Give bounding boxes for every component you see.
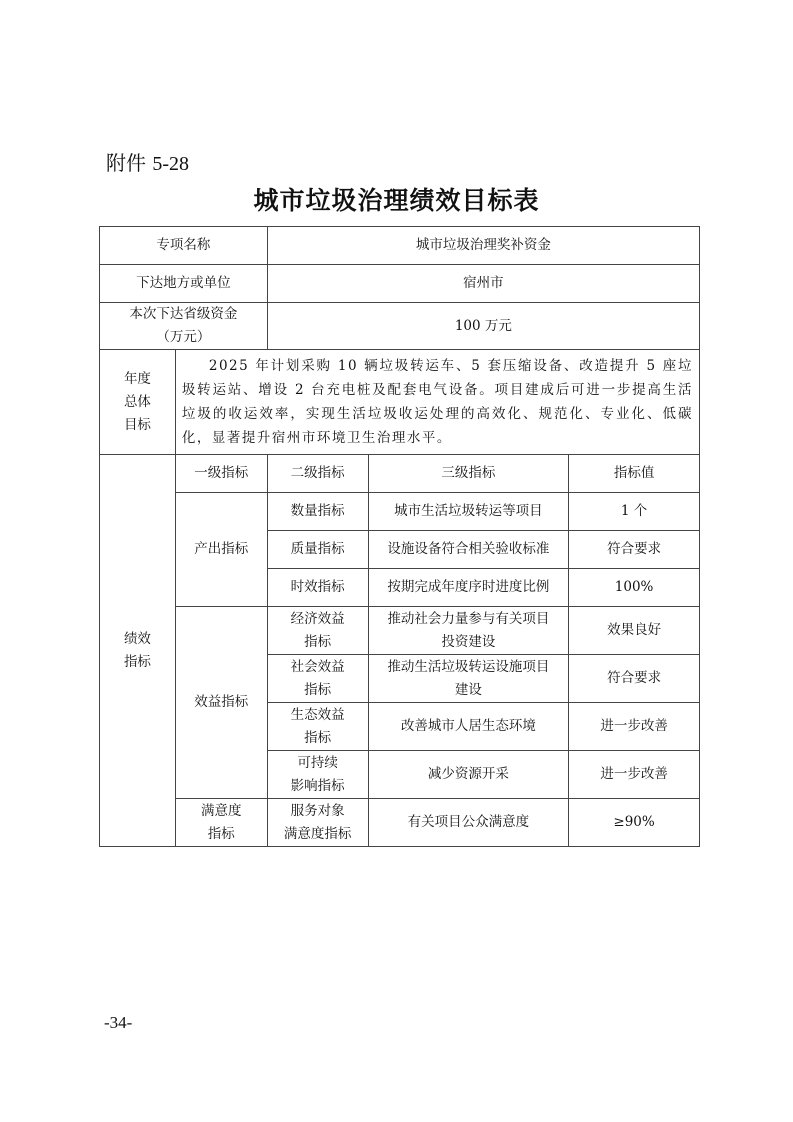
label-line: （万元）	[104, 326, 263, 349]
cell-line: 满意度	[180, 800, 263, 823]
level2-cell: 经济效益指标	[267, 607, 368, 655]
label-cell: 专项名称	[100, 227, 268, 265]
level3-cell: 减少资源开采	[368, 751, 569, 799]
column-header: 二级指标	[267, 455, 368, 493]
level3-cell: 按期完成年度序时进度比例	[368, 569, 569, 607]
cell-line: 推动社会力量参与有关项目	[373, 608, 565, 631]
table-row: 专项名称 城市垃圾治理奖补资金	[100, 227, 700, 265]
annual-goal-label: 年度总体目标	[100, 350, 176, 455]
value-cell: 宿州市	[267, 265, 699, 303]
table-row: 产出指标 数量指标 城市生活垃圾转运等项目 1 个	[100, 493, 700, 531]
label-line: 目标	[104, 414, 171, 437]
level3-cell: 有关项目公众满意度	[368, 799, 569, 847]
level1-cell: 满意度指标	[175, 799, 267, 847]
level2-cell: 时效指标	[267, 569, 368, 607]
level2-cell: 生态效益指标	[267, 703, 368, 751]
table-row: 下达地方或单位 宿州市	[100, 265, 700, 303]
level3-cell: 推动社会力量参与有关项目投资建设	[368, 607, 569, 655]
value-cell: 1 个	[569, 493, 700, 531]
cell-line: 服务对象	[272, 800, 364, 823]
cell-line: 投资建设	[373, 631, 565, 654]
table-header-row: 绩效指标 一级指标 二级指标 三级指标 指标值	[100, 455, 700, 493]
label-line: 年度	[104, 368, 171, 391]
level1-cell: 效益指标	[175, 607, 267, 799]
level2-cell: 质量指标	[267, 531, 368, 569]
cell-line: 生态效益	[272, 704, 364, 727]
value-cell: ≥90%	[569, 799, 700, 847]
attachment-label: 附件 5-28	[106, 147, 189, 176]
level1-cell: 产出指标	[175, 493, 267, 607]
table-row: 效益指标 经济效益指标 推动社会力量参与有关项目投资建设 效果良好	[100, 607, 700, 655]
column-header: 一级指标	[175, 455, 267, 493]
cell-line: 指标	[272, 679, 364, 702]
cell-line: 满意度指标	[272, 823, 364, 846]
attachment-number: 5-28	[152, 153, 189, 175]
label-cell: 下达地方或单位	[100, 265, 268, 303]
cell-line: 社会效益	[272, 656, 364, 679]
attachment-prefix: 附件	[106, 151, 146, 175]
annual-goal-text: 2025 年计划采购 10 辆垃圾转运车、5 套压缩设备、改造提升 5 座垃圾转…	[175, 350, 699, 455]
cell-line: 可持续	[272, 752, 364, 775]
value-cell: 进一步改善	[569, 703, 700, 751]
level2-cell: 可持续影响指标	[267, 751, 368, 799]
value-cell: 100 万元	[267, 303, 699, 350]
label-line: 绩效	[104, 628, 171, 651]
cell-line: 指标	[272, 631, 364, 654]
level3-cell: 改善城市人居生态环境	[368, 703, 569, 751]
indicators-section-label: 绩效指标	[100, 455, 176, 847]
page-number: -34-	[104, 1013, 132, 1033]
cell-line: 建设	[373, 679, 565, 702]
level3-cell: 设施设备符合相关验收标准	[368, 531, 569, 569]
label-cell: 本次下达省级资金（万元）	[100, 303, 268, 350]
level3-cell: 城市生活垃圾转运等项目	[368, 493, 569, 531]
label-line: 指标	[104, 651, 171, 674]
cell-line: 影响指标	[272, 775, 364, 798]
value-cell: 符合要求	[569, 531, 700, 569]
cell-line: 指标	[180, 823, 263, 846]
label-line: 本次下达省级资金	[104, 303, 263, 326]
value-cell: 进一步改善	[569, 751, 700, 799]
value-cell: 效果良好	[569, 607, 700, 655]
cell-line: 经济效益	[272, 608, 364, 631]
table-row: 本次下达省级资金（万元） 100 万元	[100, 303, 700, 350]
level2-cell: 社会效益指标	[267, 655, 368, 703]
level3-cell: 推动生活垃圾转运设施项目建设	[368, 655, 569, 703]
goal-text: 2025 年计划采购 10 辆垃圾转运车、5 套压缩设备、改造提升 5 座垃圾转…	[182, 358, 693, 446]
value-cell: 符合要求	[569, 655, 700, 703]
table-row: 年度总体目标 2025 年计划采购 10 辆垃圾转运车、5 套压缩设备、改造提升…	[100, 350, 700, 455]
cell-line: 指标	[272, 727, 364, 750]
page-title: 城市垃圾治理绩效目标表	[0, 181, 793, 217]
value-cell: 城市垃圾治理奖补资金	[267, 227, 699, 265]
label-line: 总体	[104, 391, 171, 414]
table-row: 满意度指标 服务对象满意度指标 有关项目公众满意度 ≥90%	[100, 799, 700, 847]
column-header: 三级指标	[368, 455, 569, 493]
level2-cell: 数量指标	[267, 493, 368, 531]
level2-cell: 服务对象满意度指标	[267, 799, 368, 847]
performance-table: 专项名称 城市垃圾治理奖补资金 下达地方或单位 宿州市 本次下达省级资金（万元）…	[99, 226, 700, 847]
cell-line: 推动生活垃圾转运设施项目	[373, 656, 565, 679]
column-header: 指标值	[569, 455, 700, 493]
value-cell: 100%	[569, 569, 700, 607]
